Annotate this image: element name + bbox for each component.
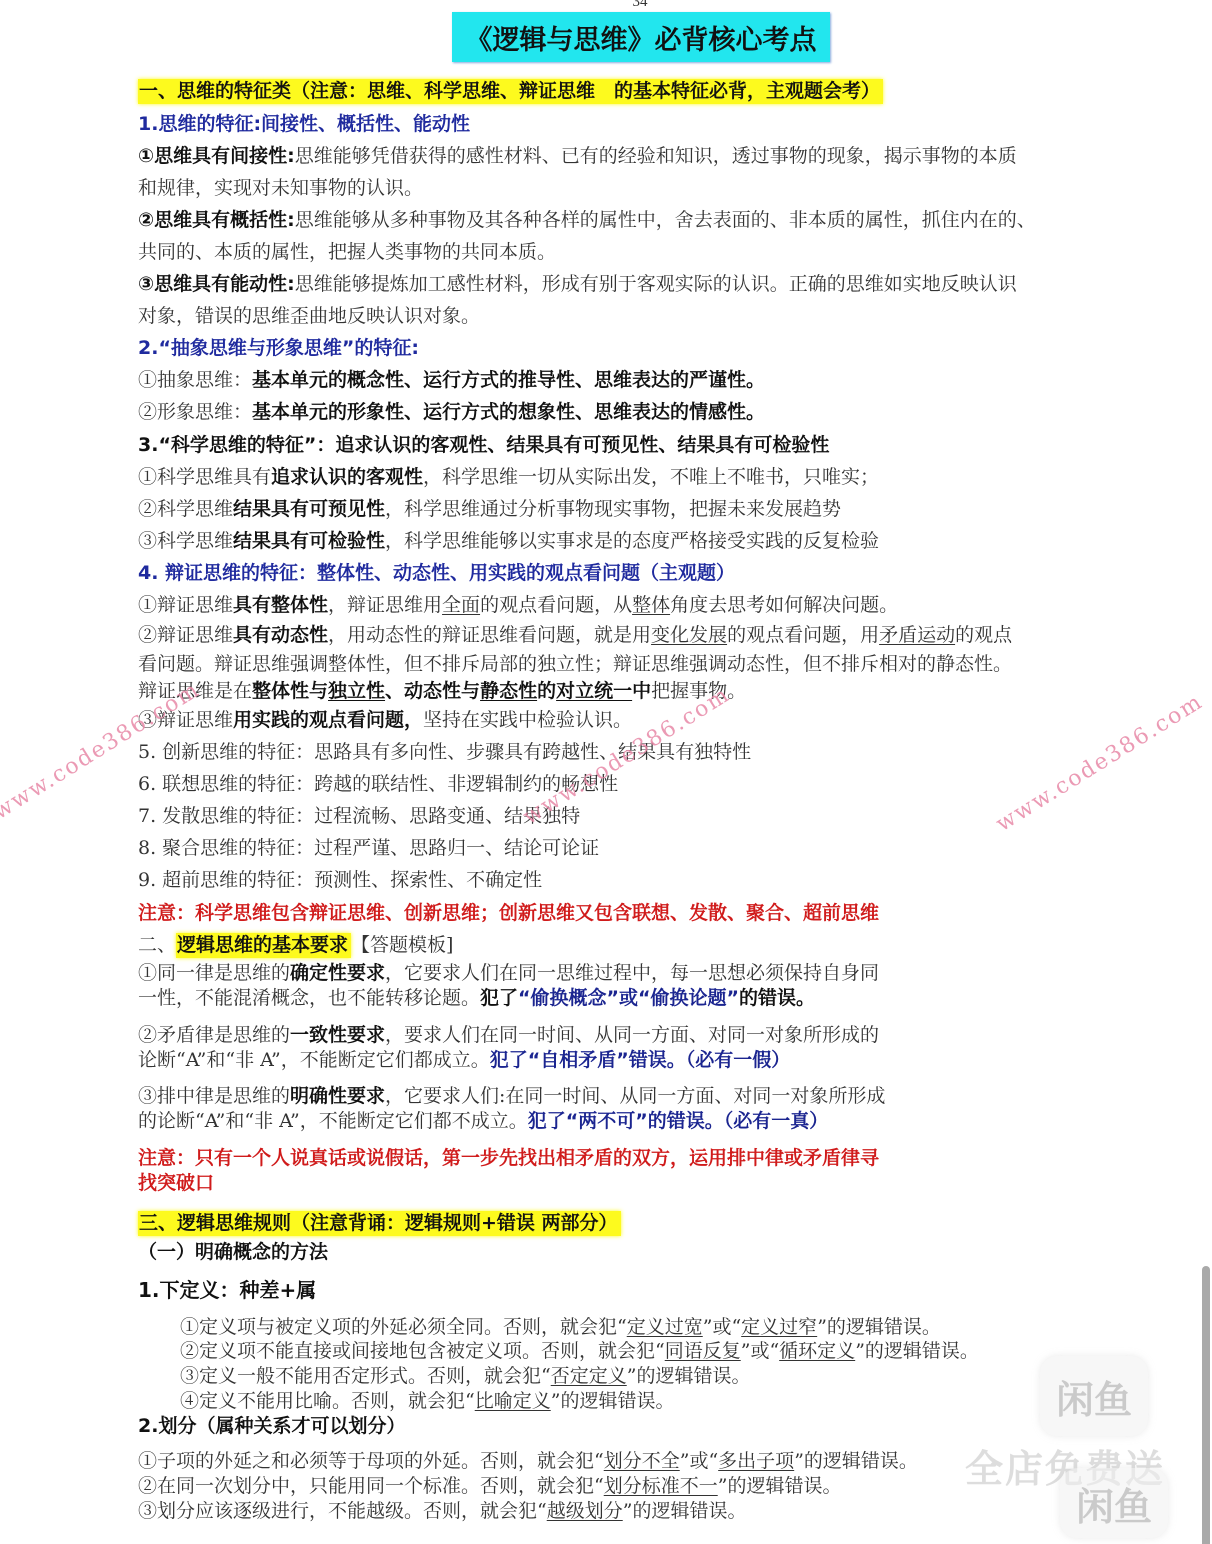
law-identity-cont: 一性，不能混淆概念，也不能转移论题。犯了“偷换概念”或“偷换论题”的错误。 [138, 985, 815, 1011]
science-item-2: ②科学思维结果具有可预见性，科学思维通过分析事物现实事物，把握未来发展趋势 [138, 496, 841, 522]
section3-subheading: （一）明确概念的方法 [138, 1239, 328, 1265]
section2-note: 注意：只有一个人说真话或说假话，第一步先找出相矛盾的双方，运用排中律或矛盾律寻 [138, 1145, 879, 1171]
section2-note-cont: 找突破口 [138, 1170, 214, 1196]
law-contradiction: ②矛盾律是思维的一致性要求，要求人们在同一时间、从同一方面、对同一对象所形成的 [138, 1022, 879, 1048]
definition-rule-1: ①定义项与被定义项的外延必须全同。否则，就会犯“定义过宽”或“定义过窄”的逻辑错… [180, 1314, 941, 1340]
dialectic-item-2-cont: 看问题。辩证思维强调整体性，但不排斥局部的独立性；辩证思维强调动态性，但不排斥相… [138, 651, 1012, 677]
definition-rule-2: ②定义项不能直接或间接地包含被定义项。否则，就会犯“同语反复”或“循环定义”的逻… [180, 1338, 979, 1364]
sub3-heading: 3.“科学思维的特征”：追求认识的客观性、结果具有可预见性、结果具有可检验性 [138, 432, 829, 458]
definition-rule-3: ③定义一般不能用否定形式。否则，就会犯“否定定义”的逻辑错误。 [180, 1363, 750, 1389]
divergent-thinking: 7. 发散思维的特征：过程流畅、思路变通、结果独特 [138, 803, 580, 829]
section2-heading: 二、逻辑思维的基本要求【答题模板] [138, 932, 453, 958]
scrollbar[interactable] [1202, 1266, 1210, 1544]
law-excluded-middle-cont: 的论断“A”和“非 A”，不能断定它们都不成立。犯了“两不可”的错误。（必有一真… [138, 1108, 828, 1134]
trait-general: ②思维具有概括性:思维能够从多种事物及其各种各样的属性中，舍去表面的、非本质的属… [138, 207, 1036, 233]
law-contradiction-cont: 论断“A”和“非 A”，不能断定它们都成立。犯了“自相矛盾”错误。（必有一假） [138, 1047, 790, 1073]
science-item-1: ①科学思维具有追求认识的客观性，科学思维一切从实际出发，不唯上不唯书，只唯实； [138, 464, 879, 490]
watermark-site-right: www.code386.com [992, 689, 1208, 837]
sub1-heading: 1.思维的特征:间接性、概括性、能动性 [138, 111, 470, 137]
definition-rule-4: ④定义不能用比喻。否则，就会犯“比喻定义”的逻辑错误。 [180, 1388, 674, 1414]
app-logo-icon-2: 闲鱼 [1060, 1468, 1168, 1538]
trait-active-cont: 对象，错误的思维歪曲地反映认识对象。 [138, 303, 480, 329]
trait-active: ③思维具有能动性:思维能够提炼加工感性材料，形成有别于客观实际的认识。正确的思维… [138, 271, 1017, 297]
abstract-thinking: ①抽象思维：基本单元的概念性、运行方式的推导性、思维表达的严谨性。 [138, 367, 765, 393]
science-item-3: ③科学思维结果具有可检验性，科学思维能够以实事求是的态度严格接受实践的反复检验 [138, 528, 879, 554]
app-logo-icon: 闲鱼 [1040, 1356, 1148, 1436]
division-rule-2: ②在同一次划分中，只能用同一个标准。否则，就会犯“划分标准不一”的逻辑错误。 [138, 1473, 841, 1499]
dialectic-item-2-cont2: 辩证思维是在整体性与独立性、动态性与静态性的对立统一中把握事物。 [138, 678, 746, 704]
dialectic-item-3: ③辩证思维用实践的观点看问题，坚持在实践中检验认识。 [138, 707, 632, 733]
division-heading: 2.划分（属种关系才可以划分） [138, 1413, 405, 1439]
document-title: 《逻辑与思维》必背核心考点 [452, 12, 830, 62]
section1-note: 注意：科学思维包含辩证思维、创新思维；创新思维又包含联想、发散、聚合、超前思维 [138, 900, 879, 926]
trait-indirect: ①思维具有间接性:思维能够凭借获得的感性材料、已有的经验和知识，透过事物的现象，… [138, 143, 1017, 169]
sub4-heading: 4. 辩证思维的特征：整体性、动态性、用实践的观点看问题（主观题） [138, 560, 735, 586]
dialectic-item-2: ②辩证思维具有动态性，用动态性的辩证思维看问题，就是用变化发展的观点看问题，用矛… [138, 622, 1012, 648]
convergent-thinking: 8. 聚合思维的特征：过程严谨、思路归一、结论可论证 [138, 835, 599, 861]
sub2-heading: 2.“抽象思维与形象思维”的特征: [138, 335, 419, 361]
section3-heading: 三、逻辑思维规则（注意背诵：逻辑规则+错误 两部分） [138, 1210, 621, 1236]
image-thinking: ②形象思维：基本单元的形象性、运行方式的想象性、思维表达的情感性。 [138, 399, 765, 425]
law-identity: ①同一律是思维的确定性要求，它要求人们在同一思维过程中，每一思想必须保持自身同 [138, 960, 879, 986]
page-number: 34 [0, 0, 1212, 11]
trait-indirect-cont: 和规律，实现对未知事物的认识。 [138, 175, 423, 201]
definition-heading: 1.下定义：种差+属 [138, 1277, 316, 1303]
trait-general-cont: 共同的、本质的属性，把握人类事物的共同本质。 [138, 239, 556, 265]
division-rule-1: ①子项的外延之和必须等于母项的外延。否则，就会犯“划分不全”或“多出子项”的逻辑… [138, 1448, 918, 1474]
division-rule-3: ③划分应该逐级进行，不能越级。否则，就会犯“越级划分”的逻辑错误。 [138, 1498, 746, 1524]
section1-heading: 一、思维的特征类（注意：思维、科学思维、辩证思维 的基本特征必背，主观题会考） [138, 78, 883, 104]
law-excluded-middle: ③排中律是思维的明确性要求，它要求人们:在同一时间、从同一方面、对同一对象所形成 [138, 1083, 885, 1109]
advanced-thinking: 9. 超前思维的特征：预测性、探索性、不确定性 [138, 867, 542, 893]
dialectic-item-1: ①辩证思维具有整体性，辩证思维用全面的观点看问题，从整体角度去思考如何解决问题。 [138, 592, 898, 618]
